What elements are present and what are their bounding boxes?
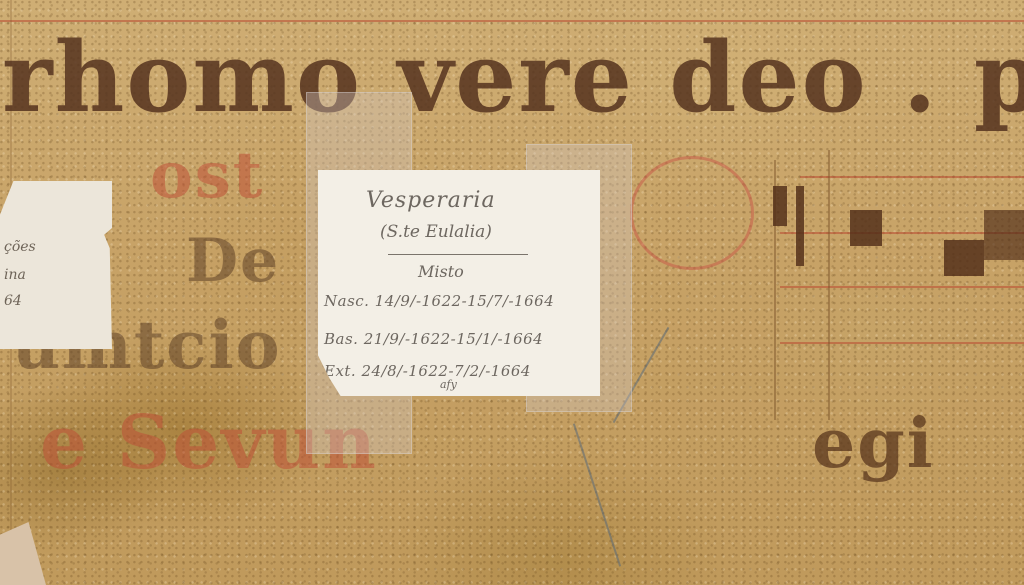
music-note <box>796 186 804 266</box>
manuscript-middle-text: De <box>186 226 280 296</box>
manuscript-top-line: rhomo vere deo . po <box>2 28 1024 128</box>
label-subtitle: (S.te Eulalia) <box>380 222 492 242</box>
manuscript-red-text: ost <box>150 138 264 213</box>
label-row: Nasc. 14/9/-1622-15/7/-1664 <box>324 292 554 310</box>
parchment-background: rhomo vere deo . po ost De umtcio e Sevu… <box>0 0 1024 585</box>
label-title: Vesperaria <box>366 188 496 213</box>
red-initial-outline <box>630 156 754 270</box>
label-divider <box>388 254 528 255</box>
side-label-line: 64 <box>4 293 22 309</box>
handwritten-paper-label: Vesperaria (S.te Eulalia) Misto Nasc. 14… <box>318 170 600 396</box>
music-note <box>984 210 1024 260</box>
music-note <box>944 240 984 276</box>
music-note <box>850 210 882 246</box>
label-heading: Misto <box>418 262 464 281</box>
music-note <box>773 186 787 226</box>
staff-ruling-line <box>800 176 1024 178</box>
margin-rule <box>828 150 830 420</box>
label-footnote: afy <box>440 378 457 391</box>
side-label-line: ina <box>4 267 26 283</box>
side-label-line: ções <box>4 239 36 255</box>
label-row: Bas. 21/9/-1622-15/1/-1664 <box>324 330 543 348</box>
staff-ruling-line <box>780 342 1024 344</box>
manuscript-bottom-right-text: egi <box>812 404 935 484</box>
staff-ruling-line <box>780 286 1024 288</box>
label-row: Ext. 24/8/-1622-7/2/-1664 <box>324 362 531 380</box>
side-paper-label: ções ina 64 <box>0 181 112 349</box>
